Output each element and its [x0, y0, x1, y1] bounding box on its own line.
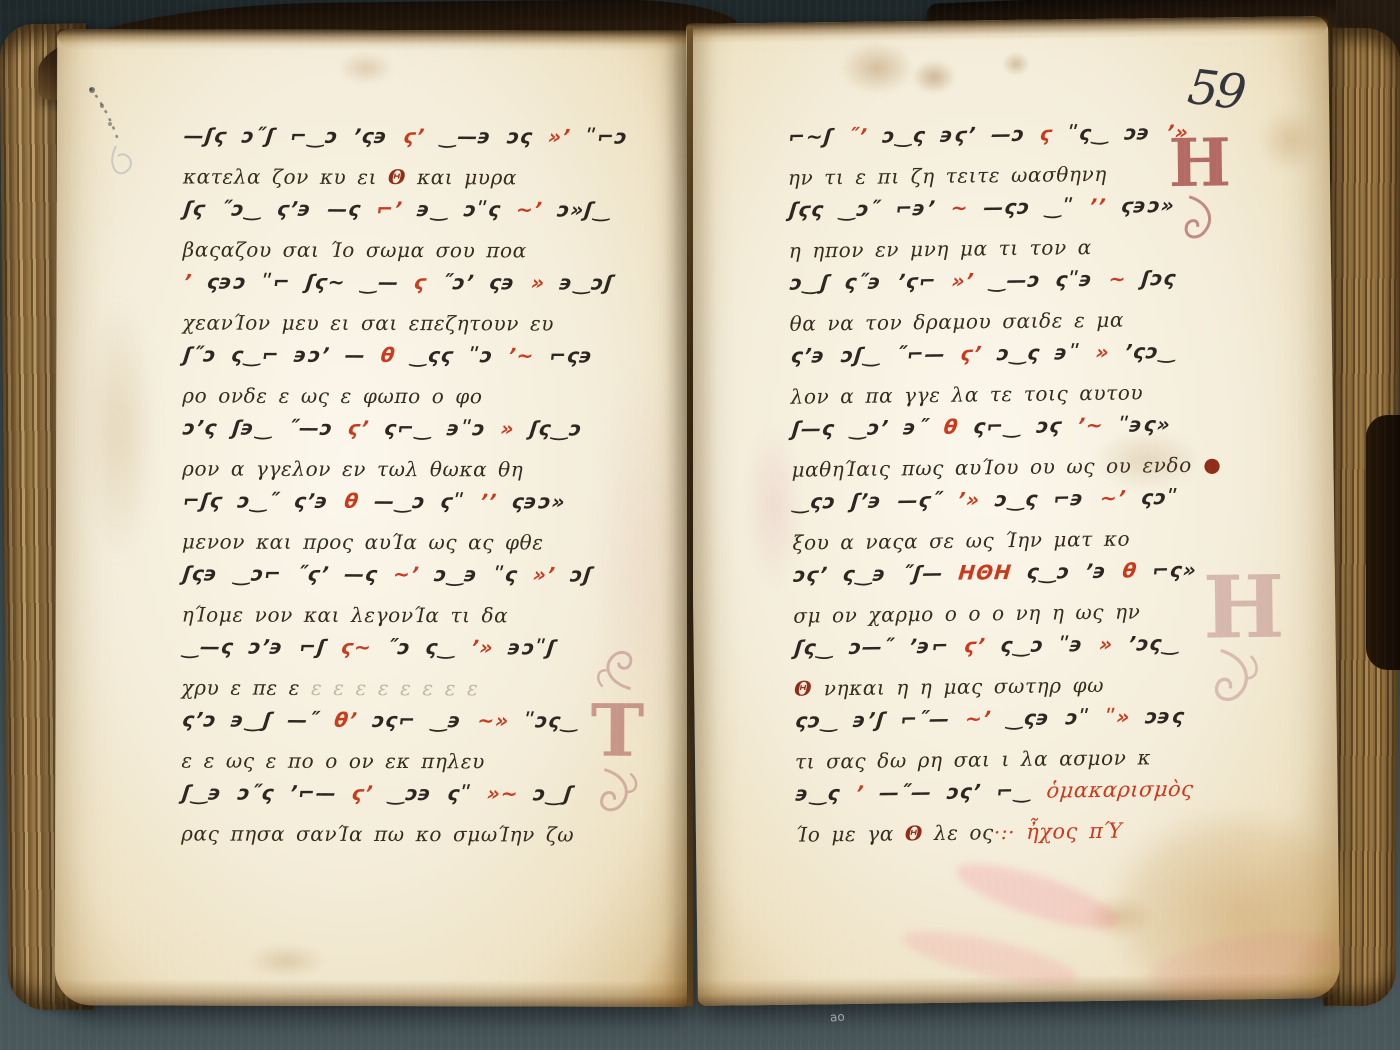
neume-line: ͻϛʼ ς‿϶ ˝ʃ— ΗΘΗ ς‿ͻ ʼ϶ θ ⌐ς»: [791, 557, 1265, 604]
greek-text-line: ρον α γγελον εν τωλ θωκα θη: [182, 457, 682, 490]
neume-line: ʃς‿ ͻ—˝ ʼ϶⌐ ϛʼ ς‿ͻ ʺ϶ » ʼͻς‿: [792, 630, 1266, 677]
bottom-mark: ao: [830, 1010, 846, 1025]
manuscript-row: ςͻ‿ ϶ʼʃ ⌐˝— ~ʼ ‿ς϶ ͻʺ ʺ» ͻ϶ςτι σας δω ρη…: [794, 703, 1265, 782]
manuscript-row: ͻϛʼ ς‿϶ ˝ʃ— ΗΘΗ ς‿ͻ ʼ϶ θ ⌐ς»σμ ον χαρμο …: [793, 557, 1264, 636]
neume-line: ʃ˝ͻ ς‿⌐ ϶ͻʼ — θ ‿ςϛ ʺͻ ʼ~ ⌐ς϶: [180, 343, 684, 385]
manuscript-row: ϶‿ς ʼ —˝— ͻςʼ ⌐‿ ὁμακαρισμὸςΊο με γα Θ λ…: [795, 776, 1266, 855]
scroll-flourish-icon: [590, 763, 644, 819]
neume-line: ͻʼς ʃ϶‿ ˝—ͻ ϛʼ ς⌐‿ ϶ʺͻ » ʃς‿ͻ: [180, 416, 684, 458]
manuscript-row: ςʼ϶ ͻʃ‿ ˝⌐— ϛʼ ͻ‿ς ϶ʺ » ʼςͻ‿λον α πα γγε…: [790, 338, 1261, 417]
greek-text-line: ηΊομε νον και λεγονΊα τι δα: [182, 602, 682, 635]
manuscript-row: ʃς϶ ‿ͻ⌐ ˝ϛʼ —ς ~ʼ ͻ‿϶ ʺς »ʼ ͻʃηΊομε νον …: [182, 561, 682, 635]
greek-text-line: ρας πησα σανΊα πω κο σμωΊην ζω: [181, 821, 681, 854]
neume-line: ⌐ʃϛ ͻ‿˝ ςʼ϶ θ —‿ͻ ϛʺ ʼʼ ς϶ͻ»: [180, 489, 684, 531]
manuscript-row: ͻʼς ʃ϶‿ ˝—ͻ ϛʼ ς⌐‿ ϶ʺͻ » ʃς‿ͻρον α γγελο…: [182, 416, 682, 490]
neume-line: ʃ—ς ‿ͻʼ ϶˝ θ ς⌐‿ ͻϛ ʼ~ ʺ϶ς»: [789, 411, 1263, 458]
initial-letter: Τ: [585, 699, 649, 764]
neume-line: ͻ‿ʃ ς˝϶ ʼϛ⌐ »ʼ ‿—ͻ ςʺ϶ ~ ʃͻς: [787, 265, 1261, 312]
ink-smudge: [72, 80, 162, 200]
manuscript-row: ‿ςͻ ʃʼ϶ —ϛ˝ ʼ» ͻ‿ς ⌐϶ ~ʼ ςͻʺξου α ναςα σ…: [792, 484, 1263, 563]
book-cover-edge: [1366, 415, 1400, 670]
right-page: ⌐~ʃ ˝ʼ ͻ‿ς ϶ϛʼ —ͻ ϛ ʺς‿ ͻ϶ ʼ»ην τι ε πι …: [686, 16, 1340, 1006]
ornamental-initial-right-top: Η: [1167, 133, 1232, 251]
manuscript-row: ʃ˝ͻ ς‿⌐ ϶ͻʼ — θ ‿ςϛ ʺͻ ʼ~ ⌐ς϶ρο ονδε ε ω…: [182, 343, 682, 417]
manuscript-photo: —ʃϛ ͻ˝ʃ ⌐‿ͻ ʼς϶ ϛʼ ‿—϶ ͻς »ʼ ʺ⌐ͻκατελα ζ…: [0, 0, 1400, 1050]
manuscript-row: ⌐ʃϛ ͻ‿˝ ςʼ϶ θ —‿ͻ ϛʺ ʼʼ ς϶ͻ»μενον και πρ…: [182, 489, 682, 563]
greek-text-line: βαςαζου σαι Ίο σωμα σου ποα: [183, 238, 683, 271]
neume-line: ʃϛ ˝ͻ‿ ϛʼ϶ —ς ⌐ʼ ϶‿ ͻʺς ~ʼ ͻ»ʃ‿: [181, 197, 685, 239]
greek-text-line: χεανΊον μευ ει σαι επεζητουν ευ: [182, 311, 682, 344]
greek-text-line: κατελα ζον κυ ει Θ και μυρα: [183, 165, 683, 198]
neume-line: ʃς϶ ‿ͻ⌐ ˝ϛʼ —ς ~ʼ ͻ‿϶ ʺς »ʼ ͻʃ: [180, 562, 684, 604]
manuscript-row: ʃϛ ˝ͻ‿ ϛʼ϶ —ς ⌐ʼ ϶‿ ͻʺς ~ʼ ͻ»ʃ‿βαςαζου σ…: [183, 197, 683, 271]
scroll-flourish-icon: [1207, 646, 1266, 713]
neume-line: ςʼ϶ ͻʃ‿ ˝⌐— ϛʼ ͻ‿ς ϶ʺ » ʼςͻ‿: [788, 338, 1262, 385]
initial-letter: Η: [1203, 569, 1268, 647]
manuscript-row: ʃ—ς ‿ͻʼ ϶˝ θ ς⌐‿ ͻϛ ʼ~ ʺ϶ς»μαθηΊαις πως …: [791, 411, 1262, 490]
scroll-flourish-icon: [1173, 193, 1228, 248]
neume-line: ςͻ‿ ϶ʼʃ ⌐˝— ~ʼ ‿ς϶ ͻʺ ʺ» ͻ϶ς: [793, 703, 1267, 750]
neume-line: ‿ςͻ ʃʼ϶ —ϛ˝ ʼ» ͻ‿ς ⌐϶ ~ʼ ςͻʺ: [790, 484, 1264, 531]
manuscript-row: ͻ‿ʃ ς˝϶ ʼϛ⌐ »ʼ ‿—ͻ ςʺ϶ ~ ʃͻςθα να τον δρ…: [789, 265, 1260, 344]
greek-text-line: Ίο με γα Θ λε ος·:· ἦχος πΎ: [796, 817, 1266, 855]
neume-line: —ʃϛ ͻ˝ʃ ⌐‿ͻ ʼς϶ ϛʼ ‿—϶ ͻς »ʼ ʺ⌐ͻ: [181, 124, 685, 166]
neume-line: ϶‿ς ʼ —˝— ͻςʼ ⌐‿ ὁμακαρισμὸς: [794, 776, 1268, 823]
ornamental-initial-left: Τ: [585, 643, 649, 824]
neume-line: ʼ ς϶ͻ ʺ⌐ ʃϛ~ ‿— ϛ ˝ͻʼ ς϶ » ϶‿ͻʃ: [180, 270, 684, 312]
ornamental-initial-right-mid: Η: [1203, 569, 1269, 717]
greek-text-line: μενον και προς αυΊα ως ας φθε: [182, 529, 682, 562]
book-gutter: [687, 26, 693, 1006]
manuscript-row: —ʃϛ ͻ˝ʃ ⌐‿ͻ ʼς϶ ϛʼ ‿—϶ ͻς »ʼ ʺ⌐ͻκατελα ζ…: [183, 124, 683, 198]
greek-text-line: ρο ονδε ε ως ε φωπο ο φο: [182, 384, 682, 417]
show-through-ornament: [743, 421, 805, 592]
manuscript-row: ʼ ς϶ͻ ʺ⌐ ʃϛ~ ‿— ϛ ˝ͻʼ ς϶ » ϶‿ͻʃχεανΊον μ…: [182, 270, 682, 344]
folio-number: 59: [1185, 59, 1246, 121]
manuscript-row: ʃς‿ ͻ—˝ ʼ϶⌐ ϛʼ ς‿ͻ ʺ϶ » ʼͻς‿Θ νηκαι η η …: [794, 630, 1265, 709]
initial-letter: Η: [1167, 133, 1232, 193]
